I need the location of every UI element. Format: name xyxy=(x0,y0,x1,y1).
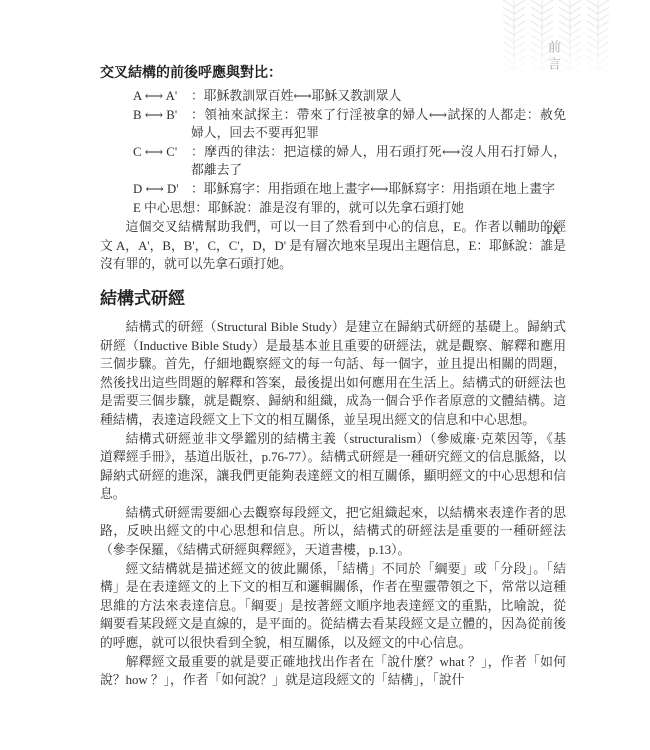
section-paragraph: 結構式的研經（Structural Bible Study）是建立在歸納式研經的… xyxy=(100,318,566,430)
paragraph-intro: 這個交叉結構幫助我們，可以一目了然看到中心的信息，E。作者以輔助的經文 A，A'… xyxy=(100,218,566,274)
chiasm-row: A ⟷ A' ：耶穌教訓眾百姓⟷耶穌又教訓眾人 xyxy=(133,87,566,106)
chiasm-label: A ⟷ A' xyxy=(133,87,191,106)
chiasm-label: B ⟷ B' xyxy=(133,106,191,143)
chiasm-text: ：摩西的律法：把這樣的婦人，用石頭打死⟷沒人用石打婦人，都離去了 xyxy=(191,143,566,180)
section-title: 結構式研經 xyxy=(100,287,566,311)
chiasm-label: E 中心思想 xyxy=(133,199,195,218)
chiasm-text: ：耶穌教訓眾百姓⟷耶穌又教訓眾人 xyxy=(191,87,566,106)
chiasm-label: D ⟷ D' xyxy=(133,180,191,199)
section-paragraph: 解釋經文最重要的就是要正確地找出作者在「說什麼？what ？」，作者「如何說？h… xyxy=(100,653,566,690)
chiasm-text: ：領袖來試探主：帶來了行淫被拿的婦人⟷試探的人都走：赦免婦人，回去不要再犯罪 xyxy=(191,106,566,143)
section-paragraph: 結構式研經需要細心去觀察每段經文，把它組織起來，以結構來表達作者的思路，反映出經… xyxy=(100,504,566,560)
book-page: 前言 IX 交叉結構的前後呼應與對比： A ⟷ A' ：耶穌教訓眾百姓⟷耶穌又教… xyxy=(0,0,650,750)
chiasm-text: ：耶穌說：誰是沒有罪的，就可以先拿石頭打她 xyxy=(195,199,566,218)
chiasm-row-center: E 中心思想 ：耶穌說：誰是沒有罪的，就可以先拿石頭打她 xyxy=(133,199,566,218)
chiasm-row: D ⟷ D' ：耶穌寫字：用指頭在地上畫字⟷耶穌寫字：用指頭在地上畫字 xyxy=(133,180,566,199)
section-paragraph: 結構式研經並非文學鑑別的結構主義（structuralism）（參威廉·克萊因等… xyxy=(100,430,566,504)
chiasm-row: B ⟷ B' ：領袖來試探主：帶來了行淫被拿的婦人⟷試探的人都走：赦免婦人，回去… xyxy=(133,106,566,143)
chiasm-heading: 交叉結構的前後呼應與對比： xyxy=(100,64,566,83)
chiasm-label: C ⟷ C' xyxy=(133,143,191,180)
section-paragraph: 經文結構就是描述經文的彼此關係，「結構」不同於「綱要」或「分段」。「結構」是在表… xyxy=(100,560,566,653)
chiasm-row: C ⟷ C' ：摩西的律法：把這樣的婦人，用石頭打死⟷沒人用石打婦人，都離去了 xyxy=(133,143,566,180)
page-content: 交叉結構的前後呼應與對比： A ⟷ A' ：耶穌教訓眾百姓⟷耶穌又教訓眾人 B … xyxy=(100,64,566,690)
chiasm-text: ：耶穌寫字：用指頭在地上畫字⟷耶穌寫字：用指頭在地上畫字 xyxy=(191,180,566,199)
chiasm-list: A ⟷ A' ：耶穌教訓眾百姓⟷耶穌又教訓眾人 B ⟷ B' ：領袖來試探主：帶… xyxy=(100,87,566,217)
